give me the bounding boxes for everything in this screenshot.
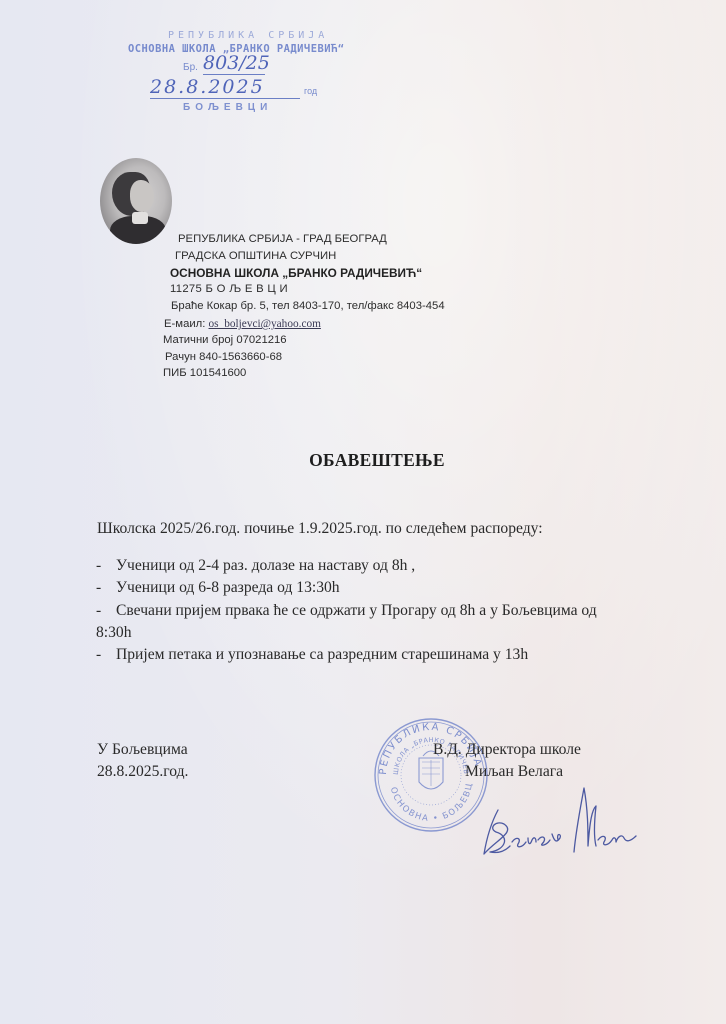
- email-link[interactable]: os_boljevci@yahoo.com: [209, 318, 321, 330]
- signatory-title: В.Д. Директора школе: [433, 741, 581, 759]
- portrait-face: [130, 180, 154, 212]
- schedule-item-continuation: 8:30h: [96, 624, 132, 642]
- stamp-date-value: 28.8.2025: [150, 76, 300, 99]
- letterhead-postal: 11275 Б О Љ Е В Ц И: [170, 283, 288, 295]
- portrait-collar: [132, 212, 148, 224]
- letterhead-address: Браће Кокар бр. 5, тел 8403-170, тел/фак…: [171, 300, 445, 312]
- document-page: РЕПУБЛИКА СРБИЈА ОСНОВНА ШКОЛА „БРАНКО Р…: [0, 0, 726, 1024]
- signatory-name: Миљан Велага: [465, 763, 563, 781]
- schedule-item: -Пријем петака и упознавање са разредним…: [96, 646, 528, 664]
- notice-title: ОБАВЕШТЕЊЕ: [14, 450, 726, 471]
- letterhead-municipality: ГРАДСКА ОПШТИНА СУРЧИН: [175, 250, 336, 262]
- notice-intro: Школска 2025/26.год. почиње 1.9.2025.год…: [97, 520, 543, 538]
- schedule-item: -Свечани пријем првака ће се одржати у П…: [96, 602, 597, 620]
- letterhead-account: Рачун 840-1563660-68: [165, 351, 282, 363]
- email-label: Е-маил:: [164, 318, 205, 330]
- letterhead-email-row: Е-маил: os_boljevci@yahoo.com: [164, 318, 321, 330]
- bullet-dash: -: [96, 646, 116, 664]
- letterhead-tax-id: ПИБ 101541600: [163, 367, 246, 379]
- letterhead-registry-number: Матични број 07021216: [163, 334, 287, 346]
- bullet-dash: -: [96, 579, 116, 597]
- stamp-number-label: Бр.: [183, 62, 198, 73]
- bullet-dash: -: [96, 602, 116, 620]
- paper-lighting: [0, 0, 726, 1024]
- stamp-number-value: 803/25: [203, 52, 265, 75]
- handwritten-signature-icon: [476, 780, 646, 870]
- stamp-line-republic: РЕПУБЛИКА СРБИЈА: [168, 30, 328, 41]
- stamp-place: БОЉЕВЦИ: [183, 102, 272, 113]
- letterhead-school-name: ОСНОВНА ШКОЛА „БРАНКО РАДИЧЕВИЋ“: [170, 266, 422, 280]
- letterhead-republic: РЕПУБЛИКА СРБИЈА - ГРАД БЕОГРАД: [178, 233, 387, 245]
- schedule-item: -Ученици од 2-4 раз. долазе на наставу о…: [96, 557, 415, 575]
- schedule-item: -Ученици од 6-8 разреда од 13:30h: [96, 579, 340, 597]
- bullet-dash: -: [96, 557, 116, 575]
- school-patron-portrait: [100, 158, 172, 244]
- footer-place: У Бољевцима: [97, 741, 188, 759]
- footer-date: 28.8.2025.год.: [97, 763, 188, 781]
- stamp-year-suffix: год: [304, 86, 317, 96]
